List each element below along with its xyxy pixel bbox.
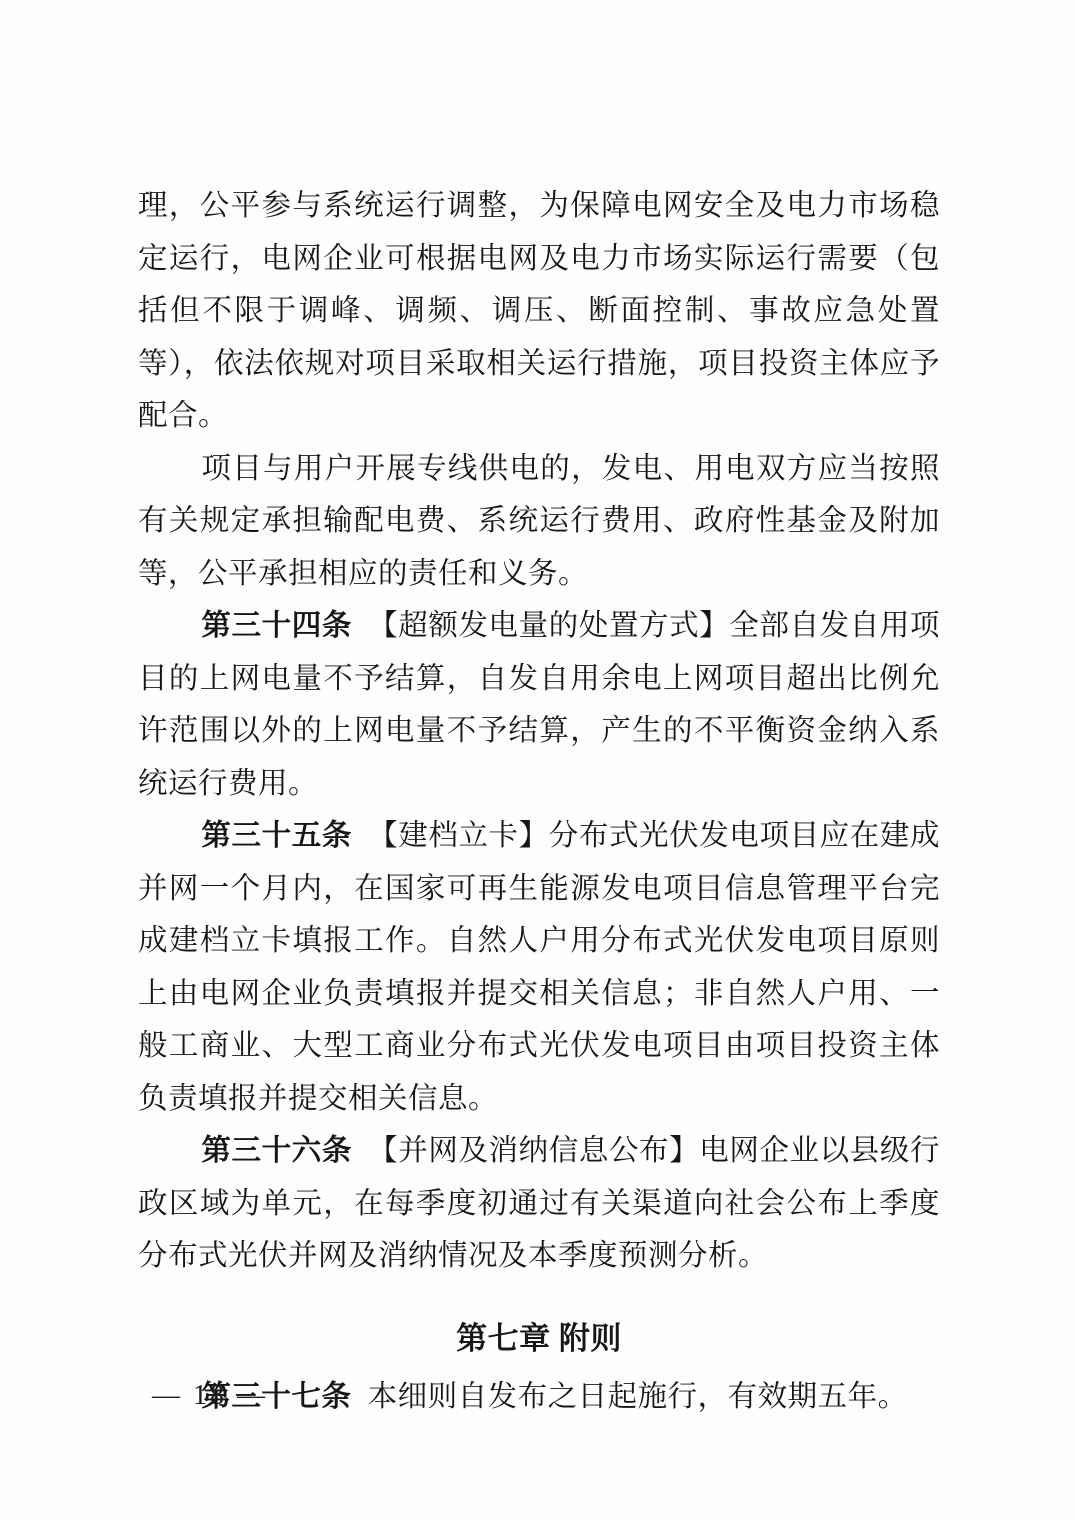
article-35-label: 第三十五条 <box>201 820 352 852</box>
article-35-bracket-title: 【建档立卡】 <box>368 820 549 852</box>
document-text-block: 理，公平参与系统运行调整，为保障电网安全及电力市场稳定运行，电网企业可根据电网及… <box>138 180 940 1423</box>
document-page: 理，公平参与系统运行调整，为保障电网安全及电力市场稳定运行，电网企业可根据电网及… <box>0 0 1075 1520</box>
paragraph-body: 项目与用户开展专线供电的，发电、用电双方应当按照有关规定承担输配电费、系统运行费… <box>138 443 940 601</box>
article-36-label: 第三十六条 <box>201 1135 352 1167</box>
paragraph-text: 理，公平参与系统运行调整，为保障电网安全及电力市场稳定运行，电网企业可根据电网及… <box>138 190 940 432</box>
article-36-bracket-title: 【并网及消纳信息公布】 <box>368 1135 699 1167</box>
article-37-text: 本细则自发布之日起施行，有效期五年。 <box>368 1381 908 1413</box>
article-34-bracket-title: 【超额发电量的处置方式】 <box>368 610 729 642</box>
article-35-paragraph: 第三十五条【建档立卡】分布式光伏发电项目应在建成并网一个月内，在国家可再生能源发… <box>138 810 940 1125</box>
chapter-heading: 第七章 附则 <box>138 1313 940 1365</box>
article-34-label: 第三十四条 <box>201 610 352 642</box>
paragraph-continuation: 理，公平参与系统运行调整，为保障电网安全及电力市场稳定运行，电网企业可根据电网及… <box>138 180 940 443</box>
article-36-paragraph: 第三十六条【并网及消纳信息公布】电网企业以县级行政区域为单元，在每季度初通过有关… <box>138 1125 940 1283</box>
article-35-text: 分布式光伏发电项目应在建成并网一个月内，在国家可再生能源发电项目信息管理平台完成… <box>138 820 940 1115</box>
article-34-paragraph: 第三十四条【超额发电量的处置方式】全部自发自用项目的上网电量不予结算，自发自用余… <box>138 600 940 810</box>
page-number: — 18 — <box>152 1376 268 1416</box>
paragraph-text: 项目与用户开展专线供电的，发电、用电双方应当按照有关规定承担输配电费、系统运行费… <box>138 453 940 590</box>
